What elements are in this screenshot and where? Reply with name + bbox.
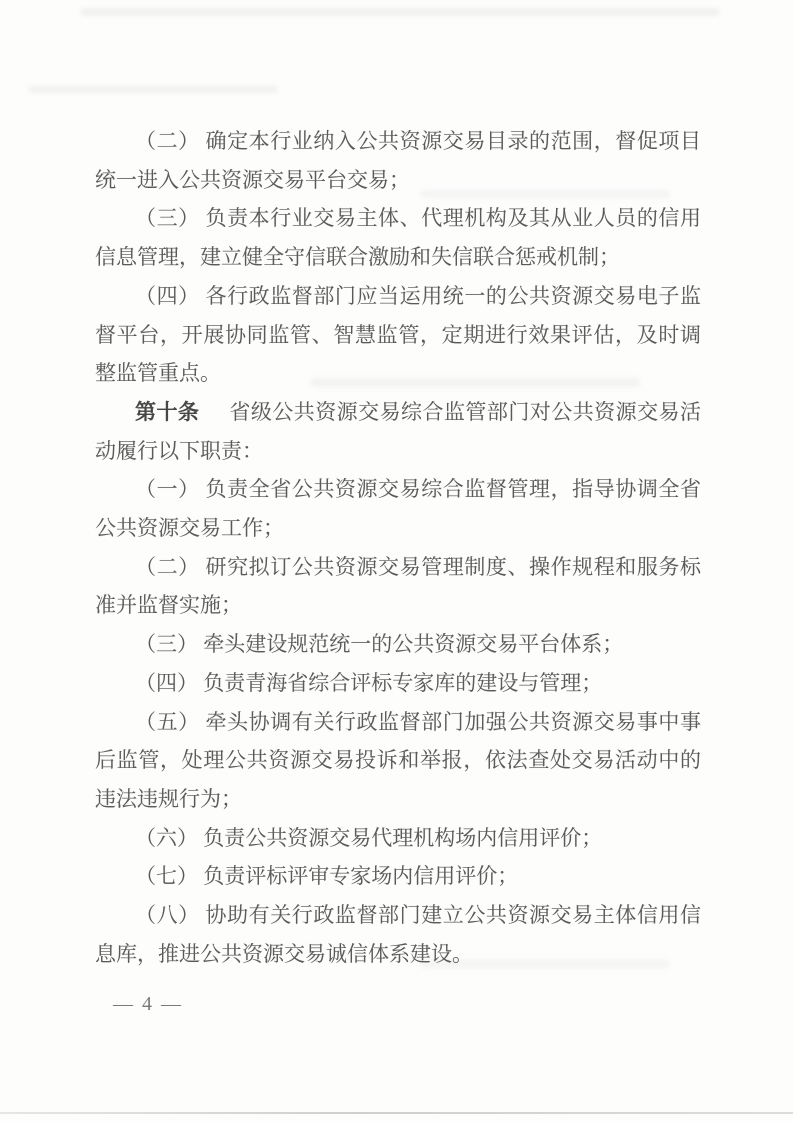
clause-paragraph: （六） 负责公共资源交易代理机构场内信用评价； (95, 819, 701, 858)
document-page: （二） 确定本行业纳入公共资源交易目录的范围，督促项目统一进入公共资源交易平台交… (0, 0, 793, 1121)
page-number: — 4 — (113, 992, 181, 1016)
article-heading-paragraph: 第十条省级公共资源交易综合监管部门对公共资源交易活动履行以下职责： (95, 393, 701, 470)
clause-paragraph: （七） 负责评标评审专家场内信用评价； (95, 857, 701, 896)
clause-paragraph: （四） 负责青海省综合评标专家库的建设与管理； (95, 664, 701, 703)
article-number: 第十条 (135, 400, 199, 424)
clause-paragraph: （三） 牵头建设规范统一的公共资源交易平台体系； (95, 625, 701, 664)
clause-paragraph: （八） 协助有关行政监督部门建立公共资源交易主体信用信息库，推进公共资源交易诚信… (95, 896, 701, 973)
clause-paragraph: （二） 确定本行业纳入公共资源交易目录的范围，督促项目统一进入公共资源交易平台交… (95, 122, 701, 199)
clause-paragraph: （三） 负责本行业交易主体、代理机构及其从业人员的信用信息管理，建立健全守信联合… (95, 199, 701, 276)
clause-paragraph: （四） 各行政监督部门应当运用统一的公共资源交易电子监督平台，开展协同监管、智慧… (95, 277, 701, 393)
scan-artifact (28, 86, 278, 93)
scan-artifact (80, 8, 720, 16)
document-body: （二） 确定本行业纳入公共资源交易目录的范围，督促项目统一进入公共资源交易平台交… (95, 122, 701, 973)
scan-page-edge (0, 1112, 793, 1114)
clause-paragraph: （二） 研究拟订公共资源交易管理制度、操作规程和服务标准并监督实施； (95, 548, 701, 625)
clause-paragraph: （五） 牵头协调有关行政监督部门加强公共资源交易事中事后监管，处理公共资源交易投… (95, 703, 701, 819)
clause-paragraph: （一） 负责全省公共资源交易综合监督管理，指导协调全省公共资源交易工作； (95, 470, 701, 547)
